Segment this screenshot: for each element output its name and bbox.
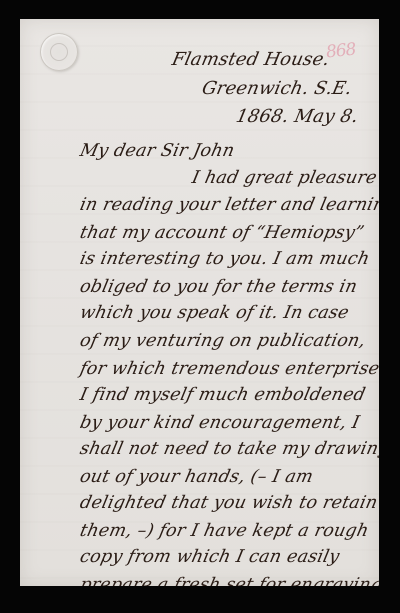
embossed-seal-icon — [40, 33, 78, 71]
body-line: that my account of “Hemiopsy” — [78, 223, 366, 243]
body-line: which you speak of it. In case — [78, 303, 351, 323]
body-line: out of your hands, (– I am — [78, 467, 315, 487]
body-line: obliged to you for the terms in — [78, 277, 359, 297]
address-line-1: Flamsted House. — [170, 49, 332, 70]
body-line: shall not need to take my drawings — [78, 439, 379, 459]
document-viewer: 868 Flamsted House. Greenwich. S.E. 1868… — [0, 0, 400, 613]
body-line: prepare a fresh set for engraving. — [78, 575, 379, 586]
body-line: of my venturing on publication, — [78, 331, 367, 351]
body-line: delighted that you wish to retain — [78, 493, 379, 513]
body-line: I find myself much emboldened — [78, 385, 367, 405]
body-line: by your kind encouragement, I — [78, 413, 361, 433]
body-line: is interesting to you. I am much — [78, 249, 371, 269]
salutation: My dear Sir John — [78, 141, 236, 161]
address-line-2: Greenwich. S.E. — [200, 78, 354, 99]
letter-page: 868 Flamsted House. Greenwich. S.E. 1868… — [20, 19, 379, 586]
body-line: in reading your letter and learning — [78, 195, 379, 215]
body-line: I had great pleasure — [190, 168, 379, 188]
body-line: for which tremendous enterprise — [78, 359, 379, 379]
letter-date: 1868. May 8. — [234, 106, 360, 127]
body-line: copy from which I can easily — [78, 547, 341, 567]
body-line: them, –) for I have kept a rough — [78, 521, 371, 541]
